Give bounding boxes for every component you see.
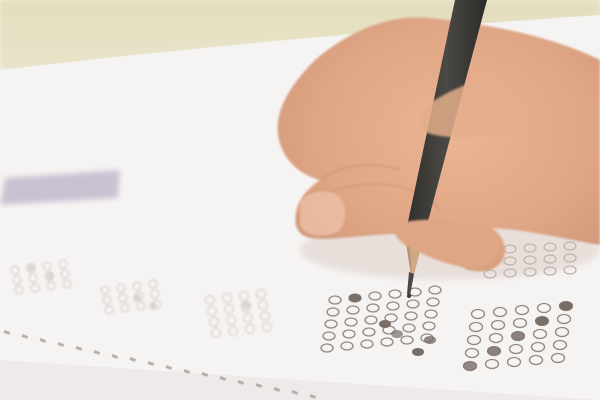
answer-sheet-photo bbox=[0, 0, 600, 400]
photo-illustration bbox=[0, 0, 600, 400]
